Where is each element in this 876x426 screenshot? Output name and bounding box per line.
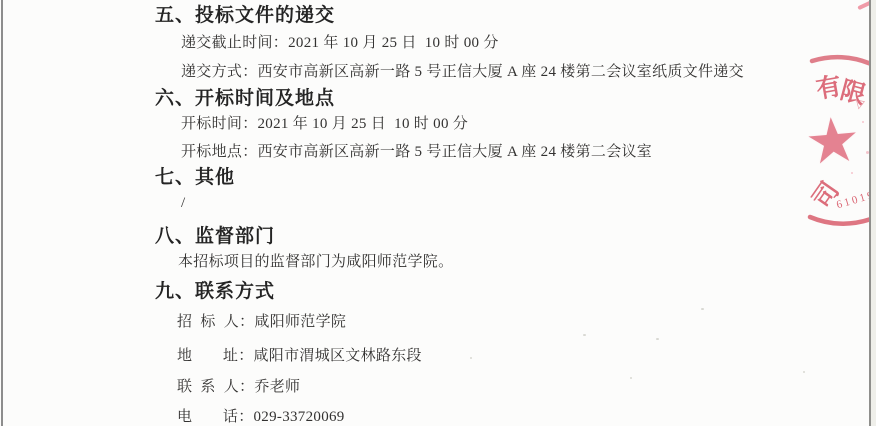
seal-ink-speck [862,121,864,123]
doc-line-opening-place: 开标地点：西安市高新区高新一路 5 号正信大厦 A 座 24 楼第二会议室 [181,143,652,162]
section-heading-8: 八、监督部门 [155,226,275,248]
scanned-document-page: 五、投标文件的递交 递交截止时间：2021 年 10 月 25 日 10 时 0… [0,0,876,426]
page-edge-left [1,0,3,426]
scan-noise-speck [803,371,805,373]
seal-char-xian: 限 [837,70,869,111]
page-edge-right [869,0,871,426]
scan-noise-speck [583,334,586,336]
section-heading-7: 七、其他 [155,167,235,189]
scan-noise-speck [470,357,472,359]
doc-line-phone: 电 话：029-33720069 [177,408,345,426]
scan-noise-speck [630,377,632,379]
doc-line-delivery-method: 递交方式：西安市高新区高新一路 5 号正信大厦 A 座 24 楼第二会议室纸质文… [181,63,744,82]
seal-edge-mark: ▽ [854,96,866,113]
doc-line-address: 地 址：咸阳市渭城区文林路东段 [177,347,422,366]
doc-line-supervisor: 本招标项目的监督部门为咸阳师范学院。 [178,253,453,272]
seal-star-icon: ★ [802,109,863,176]
seal-ink-speck [851,172,853,174]
seal-char-si: 司 [803,173,847,214]
doc-line-other: / [181,194,185,213]
section-heading-5: 五、投标文件的递交 [155,5,335,27]
seal-char-you: 有 [813,66,844,106]
doc-line-tenderer: 招 标 人：咸阳师范学院 [177,313,346,332]
doc-line-opening-time: 开标时间：2021 年 10 月 25 日 10 时 00 分 [181,115,468,134]
page-margin-right [871,0,876,426]
doc-line-contact: 联 系 人：乔老师 [177,378,300,397]
section-heading-6: 六、开标时间及地点 [155,88,335,110]
section-heading-9: 九、联系方式 [155,281,275,303]
scan-noise-speck [701,308,704,310]
doc-line-deadline: 递交截止时间：2021 年 10 月 25 日 10 时 00 分 [181,34,499,53]
scan-noise-speck [656,338,659,340]
seal-serial-number: 61019 [835,189,869,212]
